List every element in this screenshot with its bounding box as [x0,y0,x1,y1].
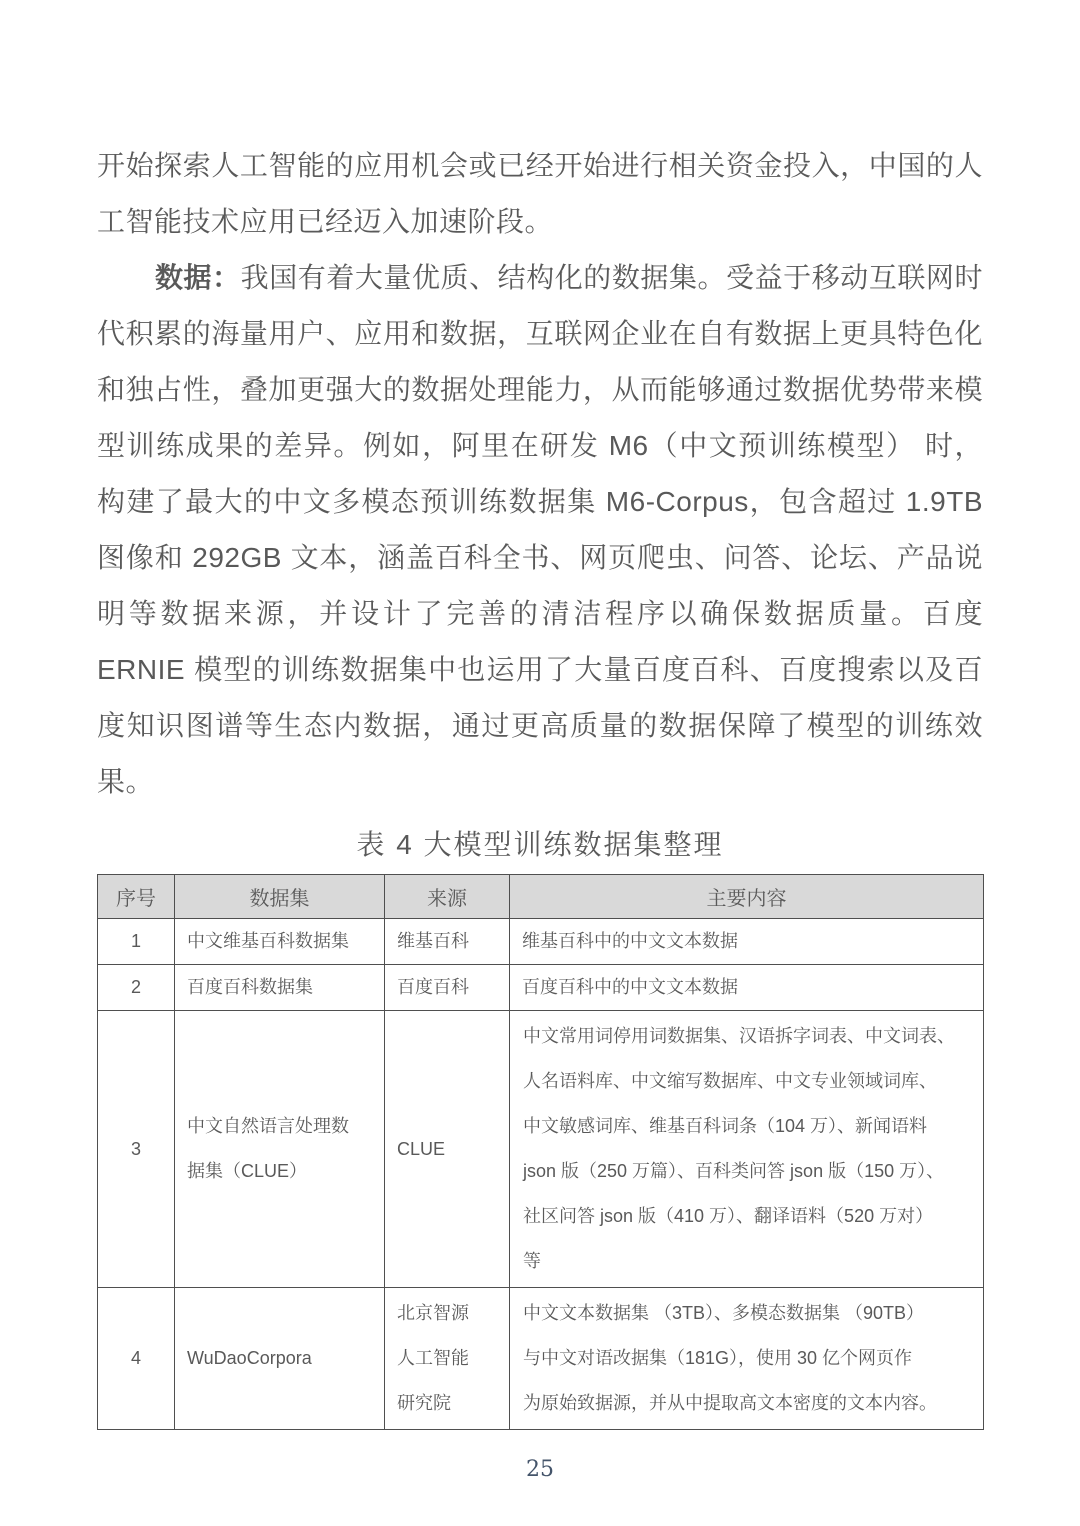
cell-source: 百度百科 [385,965,510,1011]
column-header-index: 序号 [98,875,175,919]
cell-index: 1 [98,919,175,965]
cell-content: 中文常用词停用词数据集、汉语拆字词表、中文词表、 人名语料库、中文缩写数据库、中… [510,1011,984,1288]
table-header-row: 序号 数据集 来源 主要内容 [98,875,984,919]
cell-source: CLUE [385,1011,510,1288]
cell-content: 中文文本数据集 （3TB）、多模态数据集 （90TB） 与中文对语改据集（181… [510,1288,984,1430]
column-header-dataset: 数据集 [175,875,385,919]
document-page: 开始探索人工智能的应用机会或已经开始进行相关资金投入，中国的人工智能技术应用已经… [0,0,1080,1526]
table-row: 1 中文维基百科数据集 维基百科 维基百科中的中文文本数据 [98,919,984,965]
cell-dataset: 中文自然语言处理数 据集（CLUE） [175,1011,385,1288]
paragraph-body-text: 我国有着大量优质、结构化的数据集。受益于移动互联网时代积累的海量用户、应用和数据… [97,262,983,797]
page-content: 开始探索人工智能的应用机会或已经开始进行相关资金投入，中国的人工智能技术应用已经… [0,0,1080,1430]
cell-index: 4 [98,1288,175,1430]
table-row: 3 中文自然语言处理数 据集（CLUE） CLUE 中文常用词停用词数据集、汉语… [98,1011,984,1288]
table-row: 4 WuDaoCorpora 北京智源 人工智能 研究院 中文文本数据集 （3T… [98,1288,984,1430]
paragraph-continuation: 开始探索人工智能的应用机会或已经开始进行相关资金投入，中国的人工智能技术应用已经… [97,138,983,250]
cell-content: 百度百科中的中文文本数据 [510,965,984,1011]
paragraph-data-section: 数据：我国有着大量优质、结构化的数据集。受益于移动互联网时代积累的海量用户、应用… [97,250,983,810]
page-number: 25 [0,1457,1080,1482]
cell-dataset: WuDaoCorpora [175,1288,385,1430]
dataset-table: 序号 数据集 来源 主要内容 1 中文维基百科数据集 维基百科 维基百科中的中文… [97,874,984,1430]
cell-dataset: 百度百科数据集 [175,965,385,1011]
column-header-content: 主要内容 [510,875,984,919]
cell-content: 维基百科中的中文文本数据 [510,919,984,965]
cell-index: 3 [98,1011,175,1288]
table-row: 2 百度百科数据集 百度百科 百度百科中的中文文本数据 [98,965,984,1011]
cell-dataset: 中文维基百科数据集 [175,919,385,965]
cell-source: 北京智源 人工智能 研究院 [385,1288,510,1430]
cell-index: 2 [98,965,175,1011]
table-body: 1 中文维基百科数据集 维基百科 维基百科中的中文文本数据 2 百度百科数据集 … [98,919,984,1430]
table-header: 序号 数据集 来源 主要内容 [98,875,984,919]
column-header-source: 来源 [385,875,510,919]
paragraph-lead-bold: 数据： [155,262,241,293]
table-caption: 表 4 大模型训练数据集整理 [97,826,983,864]
cell-source: 维基百科 [385,919,510,965]
